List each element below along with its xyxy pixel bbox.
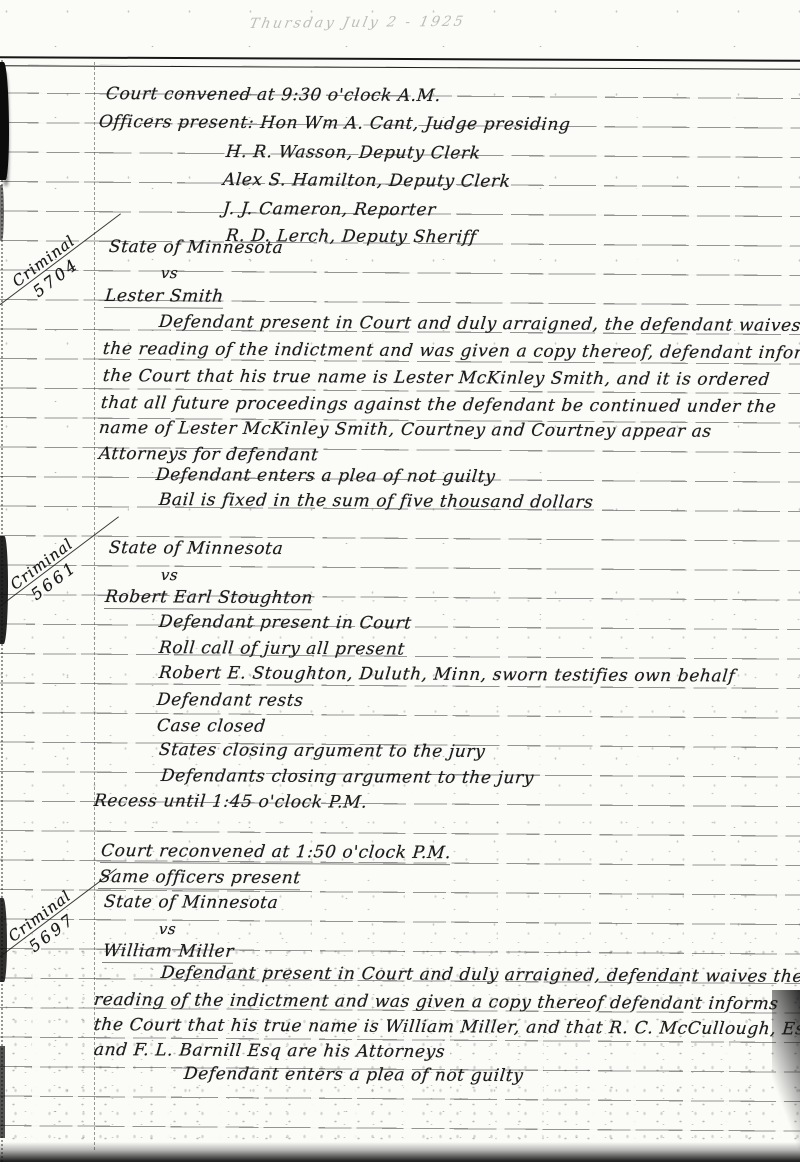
scanned-ledger-page: Thursday July 2 - 1925 Court convened at…	[0, 0, 800, 1162]
case-versus: vs	[160, 264, 179, 282]
page-header-date: Thursday July 2 - 1925	[248, 14, 467, 32]
case-body-line: States closing argument to the jury	[158, 740, 486, 762]
line-officers-present: Officers present: Hon Wm A. Cant, Judge …	[98, 112, 571, 135]
case-versus: vs	[160, 566, 179, 584]
case-body-line: and F. L. Barnill Esq are his Attorneys	[93, 1040, 446, 1062]
case-body-line: Defendant present in Court and duly arra…	[158, 312, 800, 336]
margin-vertical-rule	[94, 62, 95, 1150]
case-plea-line: Defendant enters a plea of not guilty	[155, 465, 496, 487]
line-court-convened: Court convened at 9:30 o'clock A.M.	[105, 84, 442, 106]
case-bail-line: Bail is fixed in the sum of five thousan…	[158, 490, 594, 513]
case-plaintiff: State of Minnesota	[103, 892, 279, 913]
case-plaintiff: State of Minnesota	[108, 538, 284, 559]
case-plea-line: Defendant enters a plea of not guilty	[183, 1064, 524, 1086]
page-top-double-rule	[0, 56, 800, 70]
officer-reporter: J. J. Cameron, Reporter	[222, 199, 437, 220]
case-body-line: Defendant present in Court	[158, 612, 413, 634]
case-body-line: reading of the indictment and was given …	[93, 990, 780, 1014]
case-body-line: Defendant present in Court and duly arra…	[160, 963, 800, 987]
case-body-line: Robert E. Stoughton, Duluth, Minn, sworn…	[158, 663, 736, 687]
case-plaintiff: State of Minnesota	[108, 237, 284, 258]
case-body-line: the Court that his true name is Lester M…	[102, 366, 771, 390]
case-body-line: Case closed	[156, 716, 267, 737]
officer-deputy-clerk-2: Alex S. Hamilton, Deputy Clerk	[222, 170, 512, 192]
case-body-line: the reading of the indictment and was gi…	[102, 339, 800, 363]
case-defendant: William Miller	[102, 941, 235, 964]
case-body-line: Defendant rests	[156, 690, 305, 711]
officer-deputy-clerk-1: H. R. Wasson, Deputy Clerk	[225, 142, 482, 164]
case-body-line: that all future proceedings against the …	[100, 393, 777, 417]
case-defendant: Lester Smith	[104, 286, 225, 309]
scan-bottom-shadow	[0, 1142, 800, 1162]
scan-edge-artifact	[0, 62, 9, 180]
case-versus: vs	[158, 920, 177, 938]
case-body-line: Defendants closing argument to the jury	[160, 766, 535, 788]
margin-case-note: Criminal 5704	[0, 220, 106, 319]
case-body-line: name of Lester McKinley Smith, Courtney …	[98, 418, 713, 442]
case-body-line: Roll call of jury all present	[158, 638, 406, 659]
margin-case-note: Criminal 5697	[0, 875, 102, 974]
line-same-officers: Same officers present	[98, 867, 302, 890]
recess-line: Recess until 1:45 o'clock P.M.	[93, 791, 368, 813]
case-defendant: Robert Earl Stoughton	[104, 587, 314, 610]
line-court-reconvened: Court reconvened at 1:50 o'clock P.M.	[100, 841, 452, 865]
case-body-line: the Court that his true name is William …	[93, 1015, 800, 1039]
scan-edge-artifact	[0, 185, 4, 240]
case-body-line: Attorneys for defendant	[98, 444, 320, 465]
scan-edge-artifact	[1, 60, 3, 1162]
margin-case-note: Criminal 5661	[0, 523, 104, 622]
scan-edge-artifact	[0, 1046, 5, 1138]
